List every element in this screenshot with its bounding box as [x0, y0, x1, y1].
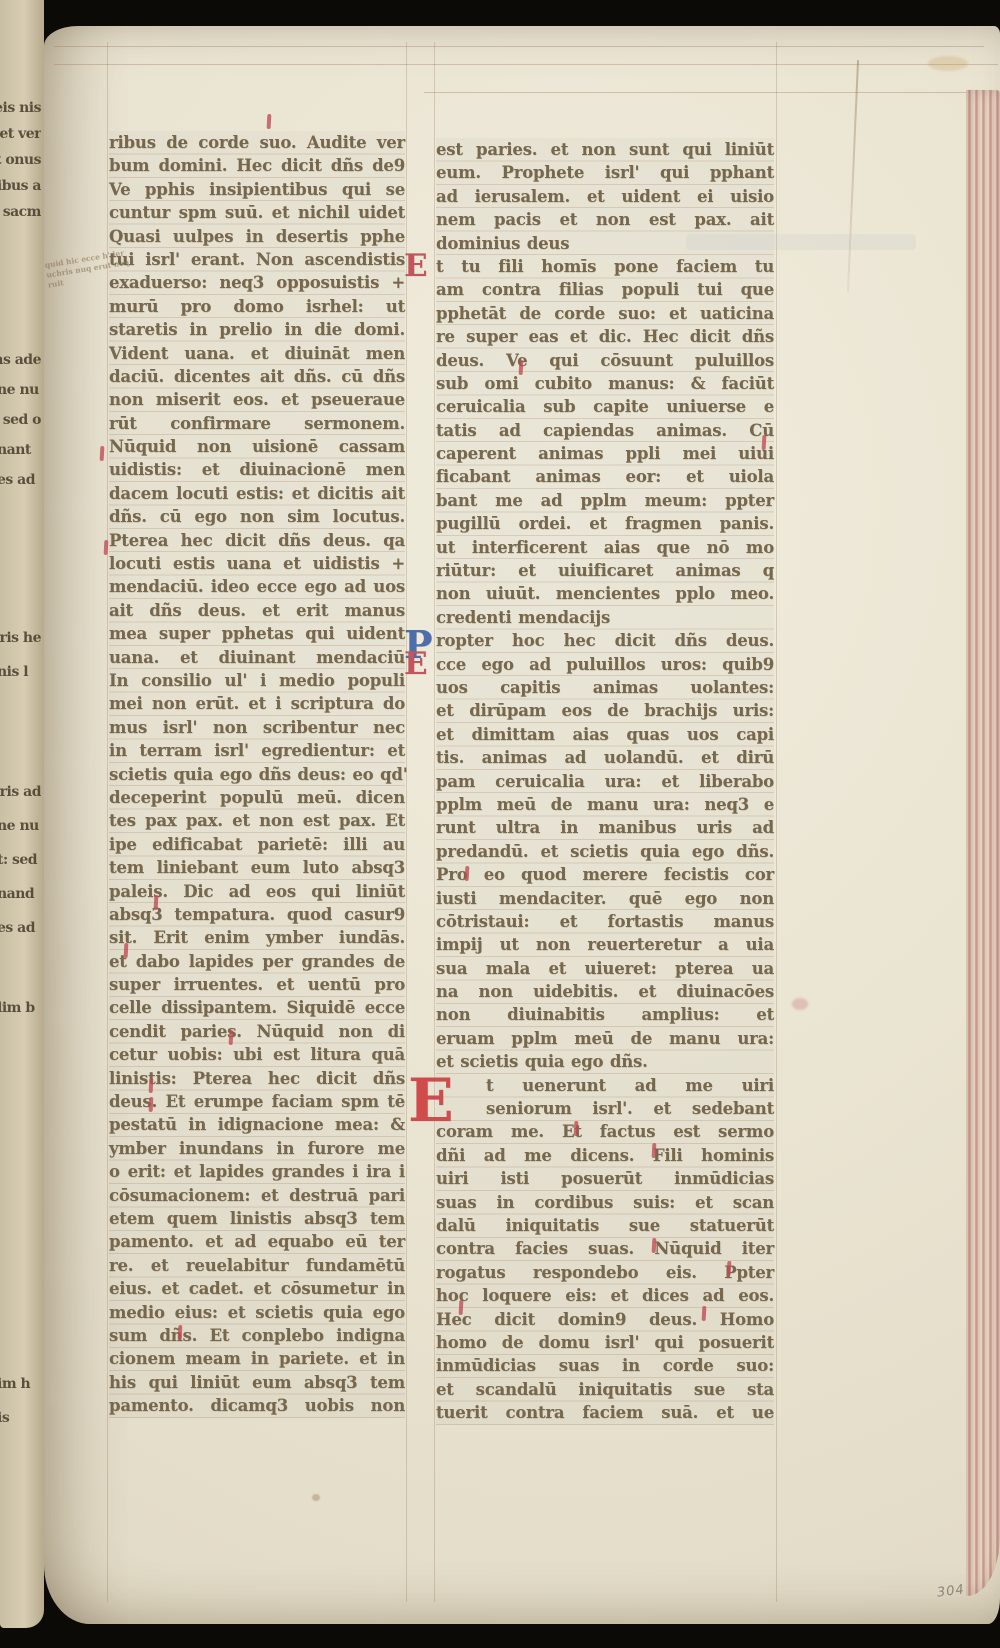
text-line: deus. Ve qui cōsuunt puluillos — [436, 349, 774, 372]
text-line: In consilio ul' i medio populi — [109, 669, 405, 692]
text-line: cōsumacionem: et destruā pari — [109, 1184, 405, 1207]
text-line: bum domini. Hec dicit dñs de9 — [109, 154, 405, 177]
text-line: pamento. et ad equabo eū ter — [109, 1230, 405, 1253]
text-line: tui isrl' erant. Non ascendistis — [109, 248, 405, 271]
text-line: iusti mendaciter. quē ego non — [436, 887, 774, 910]
rubric-mark — [149, 1097, 154, 1112]
text-line: ceruicalia sub capite uniuerse e — [436, 395, 774, 418]
text-line: uiri isti posuerūt inmūdicias — [436, 1167, 774, 1190]
stain — [792, 998, 808, 1010]
text-line: medio eius: et scietis quia ego — [109, 1301, 405, 1324]
facing-text-fragment: iris he — [0, 630, 41, 646]
rubric-mark — [465, 866, 470, 881]
text-line: non uiuūt. mencientes pplo meo. — [436, 582, 774, 605]
text-line: bant me ad pplm meum: ppter — [436, 489, 774, 512]
text-line: uidistis: et diuinacionē men — [109, 458, 405, 481]
text-line: dacem locuti estis: et dicitis ait — [109, 482, 405, 505]
facing-text-fragment: nant — [0, 442, 41, 458]
facing-text-fragment: is — [0, 1410, 41, 1426]
text-line: caperent animas ppli mei uiui — [436, 442, 774, 465]
text-line: eum. Prophete isrl' qui pphant — [436, 161, 774, 184]
photograph-backdrop: e eis nisne et verit onusibus at sacmdns… — [0, 0, 1000, 1648]
text-line: deceperint populū meū. dicen — [109, 786, 405, 809]
facing-text-fragment: t: sed — [0, 852, 41, 868]
facing-text-fragment: r: sed o — [0, 412, 41, 428]
stain — [312, 1494, 320, 1501]
text-line: scietis quia ego dñs deus: eo qd' — [109, 763, 405, 786]
text-line: Vident uana. et diuināt men — [109, 342, 405, 365]
facing-page-edge: e eis nisne et verit onusibus at sacmdns… — [0, 0, 44, 1628]
rubric-mark — [574, 1121, 579, 1136]
text-line: t uenerunt ad me uiri — [436, 1074, 774, 1097]
facing-text-fragment: nis l — [0, 664, 41, 680]
text-line: ficabant animas eor: et uiola — [436, 465, 774, 488]
rubric-mark — [100, 446, 105, 461]
decorated-initial: E — [404, 646, 428, 682]
text-line: contra facies suas. Nūquid iter — [436, 1237, 774, 1260]
text-line: credenti mendacijs — [436, 606, 774, 629]
text-line: et dimittam aias quas uos capi — [436, 723, 774, 746]
decorated-initial: E — [404, 248, 428, 284]
text-line: ait dñs deus. et erit manus — [109, 599, 405, 622]
rubric-mark — [178, 1325, 183, 1340]
text-line: Nūquid non uisionē cassam — [109, 435, 405, 458]
ruling-line — [776, 42, 777, 1602]
facing-text-fragment: lim b — [0, 1000, 41, 1016]
text-line: sua mala et uiueret: pterea ua — [436, 957, 774, 980]
text-line: cōtristaui: et fortastis manus — [436, 910, 774, 933]
text-line: tem liniebant eum luto absq3 — [109, 856, 405, 879]
facing-text-fragment: it onus — [0, 152, 41, 168]
text-line: tuerit contra faciem suā. et ue — [436, 1401, 774, 1424]
text-column-left: ribus de corde suo. Audite verbum domini… — [109, 131, 405, 1418]
text-line: mus isrl' non scribentur nec — [109, 716, 405, 739]
ruling-line — [434, 42, 435, 1602]
text-line: et dabo lapides per grandes de — [109, 950, 405, 973]
text-line: et scietis quia ego dñs. — [436, 1050, 774, 1073]
text-line: dñi ad me dicens. Fili hominis — [436, 1144, 774, 1167]
text-line: celle dissipantem. Siquidē ecce — [109, 996, 405, 1019]
text-line: cuntur spm suū. et nichil uidet — [109, 201, 405, 224]
rubric-mark — [652, 1143, 657, 1158]
text-line: nem pacis et non est pax. ait — [436, 208, 774, 231]
fore-edge-page-stripes — [966, 90, 1000, 1596]
ruling-line — [424, 92, 998, 93]
facing-text-fragment: im h — [0, 1376, 41, 1392]
rubric-mark — [104, 540, 109, 555]
text-line: pplm meū de manu ura: neq3 e — [436, 793, 774, 816]
text-line: Ve pphis insipientibus qui se — [109, 178, 405, 201]
folio-number: 304 — [936, 1582, 965, 1600]
text-line: eruam pplm meū de manu ura: — [436, 1027, 774, 1050]
text-line: o erit: et lapides grandes i ira i — [109, 1160, 405, 1183]
text-line: daciū. dicentes ait dñs. cū dñs — [109, 365, 405, 388]
ruling-line — [54, 46, 984, 47]
text-line: mei non erūt. et i scriptura do — [109, 692, 405, 715]
text-line: murū pro domo isrhel: ut — [109, 295, 405, 318]
text-column-right: est paries. et non sunt qui liniūteum. P… — [436, 138, 774, 1425]
text-line: deus. Et erumpe faciam spm tē — [109, 1090, 405, 1113]
stain — [928, 56, 968, 71]
text-line: pestatū in idignacione mea: & — [109, 1113, 405, 1136]
text-line: et scandalū iniquitatis sue sta — [436, 1378, 774, 1401]
text-line: in terram isrl' egredientur: et — [109, 739, 405, 762]
text-line: coram me. Et factus est sermo — [436, 1120, 774, 1143]
text-line: predandū. et scietis quia ego dñs. — [436, 840, 774, 863]
text-line: ad ierusalem. et uident ei uisio — [436, 185, 774, 208]
text-line: tis. animas ad uolandū. et dirū — [436, 746, 774, 769]
rubric-mark — [459, 1300, 464, 1315]
text-line: seniorum isrl'. et sedebant — [436, 1097, 774, 1120]
text-line: impij ut non reuerteretur a uia — [436, 933, 774, 956]
text-line: ut interficerent aias que nō mo — [436, 536, 774, 559]
rubric-mark — [124, 943, 129, 958]
facing-text-fragment: nand — [0, 886, 41, 902]
text-line: tatis ad capiendas animas. Cū — [436, 419, 774, 442]
text-line: sum dñs. Et conplebo indigna — [109, 1324, 405, 1347]
rubric-mark — [762, 435, 767, 450]
text-line: Pro eo quod merere fecistis cor — [436, 863, 774, 886]
facing-text-fragment: ibus a — [0, 178, 41, 194]
text-line: ribus de corde suo. Audite ver — [109, 131, 405, 154]
facing-text-fragment: e eis nis — [0, 100, 41, 116]
rubric-mark — [154, 895, 159, 910]
text-line: hoc loquere eis: et dices ad eos. — [436, 1284, 774, 1307]
text-line: cendit paries. Nūquid non di — [109, 1020, 405, 1043]
text-line: ymber inundans in furore me — [109, 1137, 405, 1160]
text-line: et dirūpam eos de brachijs uris: — [436, 699, 774, 722]
text-line: est paries. et non sunt qui liniūt — [436, 138, 774, 161]
text-line: pphetāt de corde suo: et uaticina — [436, 302, 774, 325]
decorated-initial: E — [408, 1066, 454, 1136]
rubric-mark — [267, 114, 272, 129]
rubric-mark — [519, 360, 524, 375]
facing-text-fragment: es ad — [0, 472, 41, 488]
text-line: runt ultra in manibus uris ad — [436, 816, 774, 839]
text-line: ropter hoc hec dicit dñs deus. — [436, 629, 774, 652]
text-line: cetur uobis: ubi est litura quā — [109, 1043, 405, 1066]
facing-text-fragment: ne nu — [0, 818, 41, 834]
text-line: t tu fili homīs pone faciem tu — [436, 255, 774, 278]
facing-text-fragment: ne nu — [0, 382, 41, 398]
text-line: cionem meam in pariete. et in — [109, 1347, 405, 1370]
text-line: non miserit eos. et pseueraue — [109, 388, 405, 411]
text-line: linistis: Pterea hec dicit dñs — [109, 1067, 405, 1090]
text-line: homo de domu isrl' qui posuerit — [436, 1331, 774, 1354]
facing-text-fragment: ne et ver — [0, 126, 41, 142]
text-line: ipe edificabat parietē: illi au — [109, 833, 405, 856]
text-line: non diuinabitis amplius: et — [436, 1003, 774, 1026]
text-line: re super eas et dic. Hec dicit dñs — [436, 325, 774, 348]
text-line: exaduerso: neq3 opposuistis + — [109, 271, 405, 294]
text-line: inmūdicias suas in corde suo: — [436, 1354, 774, 1377]
text-line: dñs. cū ego non sim locutus. — [109, 505, 405, 528]
text-line: mea super pphetas qui uident — [109, 622, 405, 645]
rubric-mark — [727, 1261, 732, 1276]
manuscript-page: ribus de corde suo. Audite verbum domini… — [44, 26, 1000, 1624]
text-line: tes pax pax. et non est pax. Et — [109, 809, 405, 832]
rubric-mark — [229, 1030, 234, 1045]
text-line: pamento. dicamq3 uobis non — [109, 1394, 405, 1417]
rubric-mark — [702, 1306, 707, 1321]
text-line: uos capitis animas uolantes: — [436, 676, 774, 699]
text-line: sub omi cubito manus: & faciūt — [436, 372, 774, 395]
text-line: uana. et diuinant mendaciū — [109, 646, 405, 669]
text-line: na non uidebitis. et diuinacōes — [436, 980, 774, 1003]
rubric-mark — [149, 1078, 154, 1093]
text-line: pam ceruicalia ura: et liberabo — [436, 770, 774, 793]
text-line: Quasi uulpes in desertis pphe — [109, 225, 405, 248]
text-line: rūt confirmare sermonem. — [109, 412, 405, 435]
text-line: Hec dicit domin9 deus. Homo — [436, 1308, 774, 1331]
text-line: locuti estis uana et uidistis + — [109, 552, 405, 575]
text-line: pugillū ordei. et fragmen panis. — [436, 512, 774, 535]
facing-text-fragment: t sacm — [0, 204, 41, 220]
text-line: re. et reuelabitur fundamētū — [109, 1254, 405, 1277]
page-crease — [847, 60, 859, 292]
text-line: eius. et cadet. et cōsumetur in — [109, 1277, 405, 1300]
facing-text-fragment: es ad — [0, 920, 41, 936]
text-line: staretis in prelio in die domi. — [109, 318, 405, 341]
text-line: Pterea hec dicit dñs deus. qa — [109, 529, 405, 552]
text-line: dalū iniquitatis sue statuerūt — [436, 1214, 774, 1237]
text-line: dominius deus — [436, 232, 774, 255]
facing-text-fragment: dris ad — [0, 784, 41, 800]
facing-text-fragment: dns ade — [0, 352, 41, 368]
text-line: sit. Erit enim ymber iundās. — [109, 926, 405, 949]
text-line: suas in cordibus suis: et scan — [436, 1191, 774, 1214]
text-line: super irruentes. et uentū pro — [109, 973, 405, 996]
text-line: his qui liniūt eum absq3 tem — [109, 1371, 405, 1394]
text-line: mendaciū. ideo ecce ego ad uos — [109, 575, 405, 598]
text-line: cce ego ad puluillos uros: quib9 — [436, 653, 774, 676]
text-line: am contra filias populi tui que — [436, 278, 774, 301]
rubric-mark — [652, 1238, 657, 1253]
text-line: etem quem linistis absq3 tem — [109, 1207, 405, 1230]
text-line: rogatus respondebo eis. Ppter — [436, 1261, 774, 1284]
text-line: riūtur: et uiuificaret animas q — [436, 559, 774, 582]
